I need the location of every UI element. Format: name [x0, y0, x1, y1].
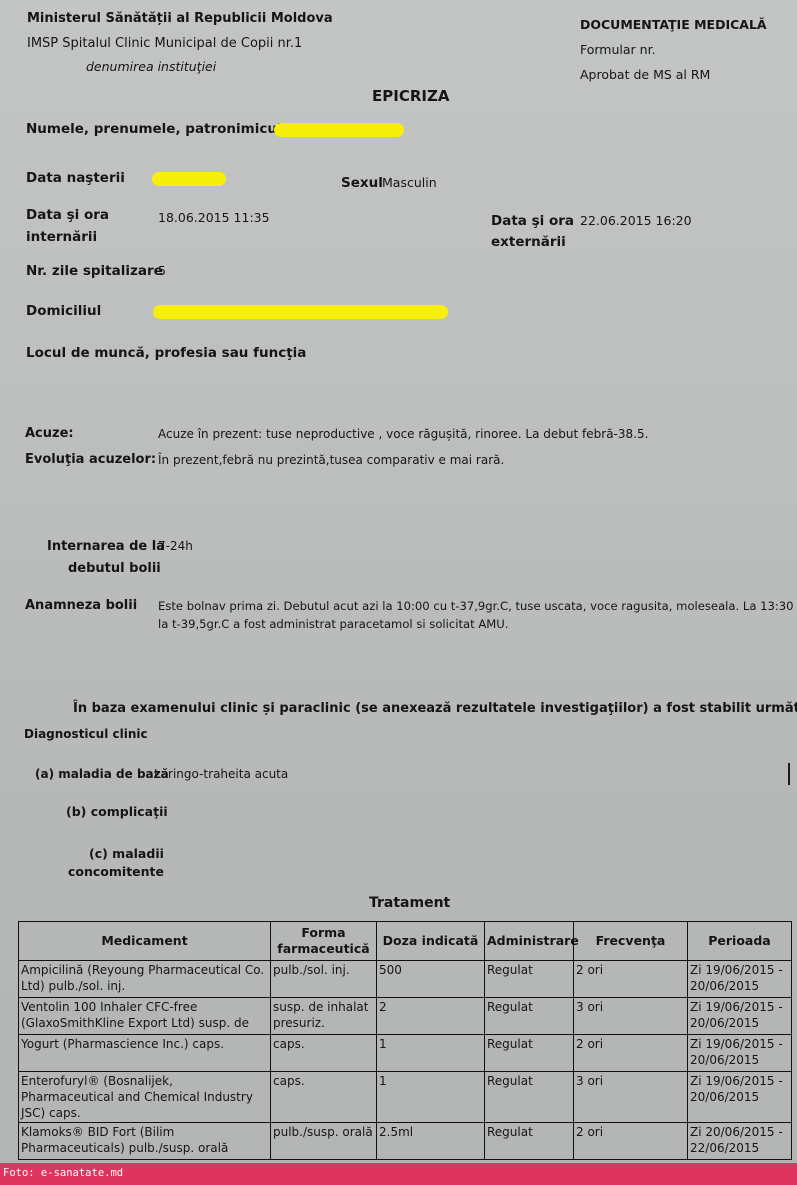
- complications-label: (b) complicaţii: [66, 804, 168, 819]
- form-cell: caps.: [271, 1035, 377, 1072]
- frequency-cell: 3 ori: [574, 1072, 688, 1123]
- form-cell: pulb./sol. inj.: [271, 961, 377, 998]
- dose-cell: 2.5ml: [377, 1123, 485, 1160]
- photo-credit-bar: Foto: e-sanatate.md: [0, 1163, 797, 1185]
- address-label: Domiciliul: [26, 303, 101, 319]
- medication-cell: Ventolin 100 Inhaler CFC-free (GlaxoSmit…: [19, 998, 271, 1035]
- treatment-table: Medicament Forma farmaceutică Doza indic…: [18, 921, 792, 1160]
- admission-label-1: Data şi ora: [26, 207, 109, 223]
- birthdate-redaction: [152, 172, 226, 186]
- dose-cell: 1: [377, 1035, 485, 1072]
- period-cell: Zi 19/06/2015 - 20/06/2015: [688, 961, 792, 998]
- treatment-title: Tratament: [369, 895, 450, 911]
- sex-value: Masculin: [382, 175, 437, 190]
- text-cursor-mark: [788, 763, 790, 785]
- col-administration: Administrare: [485, 922, 574, 961]
- comorbidities-label-1: (c) maladii: [89, 846, 164, 861]
- diagnosis-intro: În baza examenului clinic și paraclinic …: [73, 701, 797, 716]
- institution-name: IMSP Spitalul Clinic Municipal de Copii …: [27, 36, 302, 51]
- form-number: Formular nr.: [580, 42, 656, 57]
- complaints-evolution-label: Evoluţia acuzelor:: [25, 452, 156, 467]
- medication-cell: Enterofuryl® (Bosnalijek, Pharmaceutical…: [19, 1072, 271, 1123]
- col-frequency: Frecvenţa: [574, 922, 688, 961]
- admission-value: 18.06.2015 11:35: [158, 210, 270, 225]
- medication-cell: Klamoks® BID Fort (Bilim Pharmaceuticals…: [19, 1123, 271, 1160]
- address-redaction: [153, 305, 448, 319]
- table-row: Ventolin 100 Inhaler CFC-free (GlaxoSmit…: [19, 998, 792, 1035]
- anamnesis-line-1: Este bolnav prima zi. Debutul acut azi l…: [158, 599, 794, 613]
- approval-note: Aprobat de MS al RM: [580, 67, 710, 82]
- institution-caption: denumirea instituţiei: [86, 59, 216, 74]
- discharge-label-2: externării: [491, 234, 566, 250]
- frequency-cell: 3 ori: [574, 998, 688, 1035]
- onset-label-1: Internarea de la: [47, 539, 165, 554]
- anamnesis-line-2: la t-39,5gr.C a fost administrat paracet…: [158, 617, 508, 631]
- period-cell: Zi 20/06/2015 - 22/06/2015: [688, 1123, 792, 1160]
- treatment-header-row: Medicament Forma farmaceutică Doza indic…: [19, 922, 792, 961]
- period-cell: Zi 19/06/2015 - 20/06/2015: [688, 998, 792, 1035]
- complaints-value: Acuze în prezent: tuse neproductive , vo…: [158, 427, 648, 441]
- primary-disease-label: (a) maladia de bază: [35, 767, 169, 781]
- table-row: Yogurt (Pharmascience Inc.) caps. caps. …: [19, 1035, 792, 1072]
- table-row: Ampicilină (Reyoung Pharmaceutical Co. L…: [19, 961, 792, 998]
- form-cell: pulb./susp. orală: [271, 1123, 377, 1160]
- period-cell: Zi 19/06/2015 - 20/06/2015: [688, 1072, 792, 1123]
- table-row: Enterofuryl® (Bosnalijek, Pharmaceutical…: [19, 1072, 792, 1123]
- ministry-name: Ministerul Sănătății al Republicii Moldo…: [27, 11, 333, 26]
- comorbidities-label-2: concomitente: [68, 864, 164, 879]
- frequency-cell: 2 ori: [574, 961, 688, 998]
- page-title: EPICRIZA: [372, 87, 449, 105]
- hospital-days-value: 5: [158, 263, 166, 278]
- primary-disease-value: Laringo-traheita acuta: [154, 767, 288, 781]
- administration-cell: Regulat: [485, 1035, 574, 1072]
- administration-cell: Regulat: [485, 961, 574, 998]
- dose-cell: 2: [377, 998, 485, 1035]
- discharge-label-1: Data şi ora: [491, 213, 574, 229]
- onset-value: 7-24h: [158, 539, 193, 553]
- col-dose: Doza indicată: [377, 922, 485, 961]
- frequency-cell: 2 ori: [574, 1035, 688, 1072]
- administration-cell: Regulat: [485, 1123, 574, 1160]
- period-cell: Zi 19/06/2015 - 20/06/2015: [688, 1035, 792, 1072]
- anamnesis-label: Anamneza bolii: [25, 598, 137, 613]
- workplace-label: Locul de muncă, profesia sau funcţia: [26, 345, 306, 361]
- col-period: Perioada: [688, 922, 792, 961]
- onset-label-2: debutul bolii: [68, 561, 161, 576]
- table-row: Klamoks® BID Fort (Bilim Pharmaceuticals…: [19, 1123, 792, 1160]
- complaints-label: Acuze:: [25, 426, 74, 441]
- form-cell: susp. de inhalat presuriz.: [271, 998, 377, 1035]
- hospital-days-label: Nr. zile spitalizare: [26, 263, 163, 279]
- name-redaction: [274, 123, 404, 137]
- dose-cell: 1: [377, 1072, 485, 1123]
- form-cell: caps.: [271, 1072, 377, 1123]
- complaints-evolution-value: În prezent,febră nu prezintă,tusea compa…: [158, 453, 504, 467]
- birthdate-label: Data naşterii: [26, 170, 125, 186]
- administration-cell: Regulat: [485, 1072, 574, 1123]
- medication-cell: Ampicilină (Reyoung Pharmaceutical Co. L…: [19, 961, 271, 998]
- frequency-cell: 2 ori: [574, 1123, 688, 1160]
- medication-cell: Yogurt (Pharmascience Inc.) caps.: [19, 1035, 271, 1072]
- diagnosis-title: Diagnosticul clinic: [24, 727, 148, 741]
- photo-credit: Foto: e-sanatate.md: [3, 1167, 123, 1179]
- document-type: DOCUMENTAŢIE MEDICALĂ: [580, 17, 767, 32]
- discharge-value: 22.06.2015 16:20: [580, 213, 692, 228]
- admission-label-2: internării: [26, 229, 97, 245]
- sex-label: Sexul: [341, 175, 383, 191]
- dose-cell: 500: [377, 961, 485, 998]
- name-label: Numele, prenumele, patronimicul: [26, 121, 282, 137]
- col-medication: Medicament: [19, 922, 271, 961]
- col-pharma-form: Forma farmaceutică: [271, 922, 377, 961]
- administration-cell: Regulat: [485, 998, 574, 1035]
